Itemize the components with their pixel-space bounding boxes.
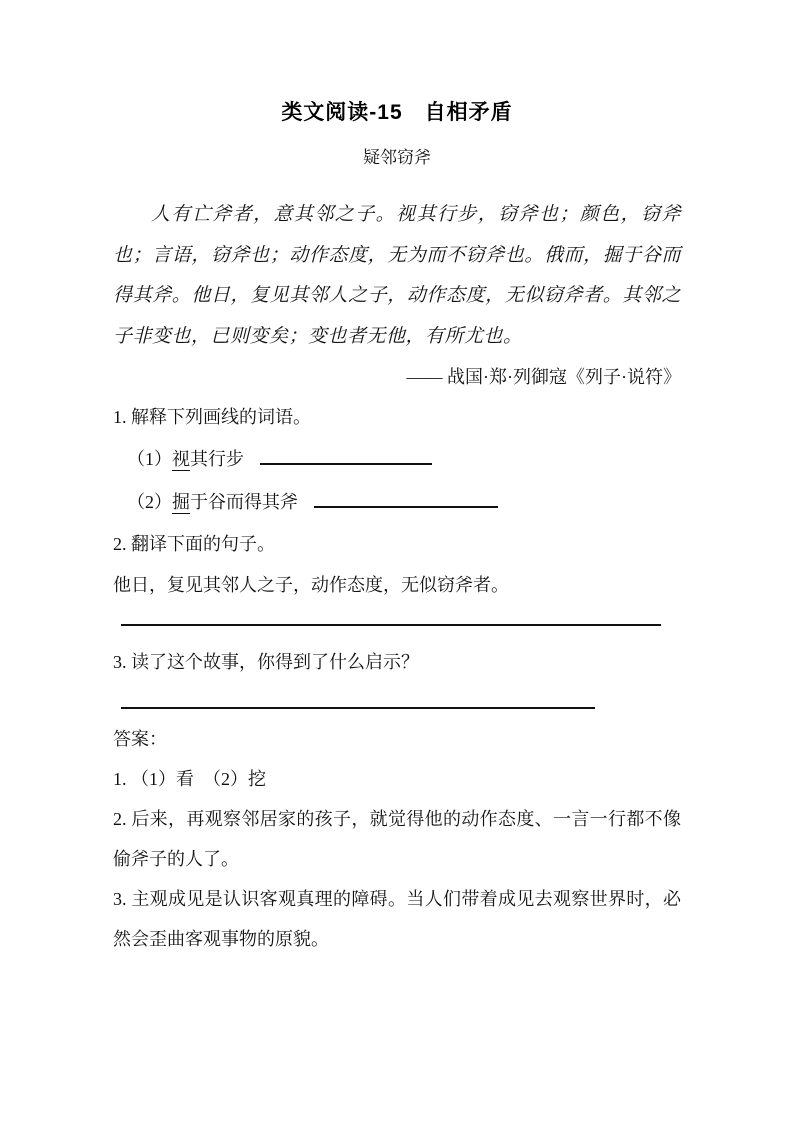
question-3-label: 3. 读了这个故事，你得到了什么启示？ <box>113 642 681 683</box>
answer-blank-1 <box>260 447 432 465</box>
answer-1: 1. （1）看 （2）挖 <box>113 759 681 799</box>
passage-title: 疑邻窃斧 <box>113 147 681 169</box>
question-1-item-2: （2）掘于谷而得其斧 <box>113 481 681 524</box>
answer-3: 3. 主观成见是认识客观真理的障碍。当人们带着成见去观察世界时，必然会歪曲客观事… <box>113 879 681 959</box>
document-page: 类文阅读-15 自相矛盾 疑邻窃斧 人有亡斧者，意其邻之子。视其行步，窃斧也；颜… <box>0 0 793 1122</box>
passage-attribution: —— 战国·郑·列御寇《列子·说符》 <box>113 357 681 397</box>
question-1-item-1-underlined-word: 视 <box>172 449 190 471</box>
question-2-label: 2. 翻译下面的句子。 <box>113 524 681 565</box>
answer-rule-question-3 <box>121 707 595 709</box>
question-1-item-2-rest: 于谷而得其斧 <box>190 492 298 512</box>
question-2-sentence: 他日，复见其邻人之子，动作态度，无似窃斧者。 <box>113 565 681 606</box>
answer-blank-2 <box>314 490 498 508</box>
answer-rule-question-2 <box>121 624 661 626</box>
page-title: 类文阅读-15 自相矛盾 <box>113 100 681 126</box>
question-1-item-1-rest: 其行步 <box>190 449 244 469</box>
question-1-item-2-prefix: （2） <box>127 492 172 512</box>
question-1-item-1: （1）视其行步 <box>113 438 681 481</box>
question-1-item-2-underlined-word: 掘 <box>172 492 190 514</box>
answers-heading: 答案： <box>113 719 681 759</box>
passage-text: 人有亡斧者，意其邻之子。视其行步，窃斧也；颜色，窃斧也；言语，窃斧也；动作态度，… <box>113 195 681 357</box>
question-1-label: 1. 解释下列画线的词语。 <box>113 397 681 438</box>
question-1-item-1-prefix: （1） <box>127 449 172 469</box>
answer-2: 2. 后来，再观察邻居家的孩子，就觉得他的动作态度、一言一行都不像偷斧子的人了。 <box>113 799 681 879</box>
